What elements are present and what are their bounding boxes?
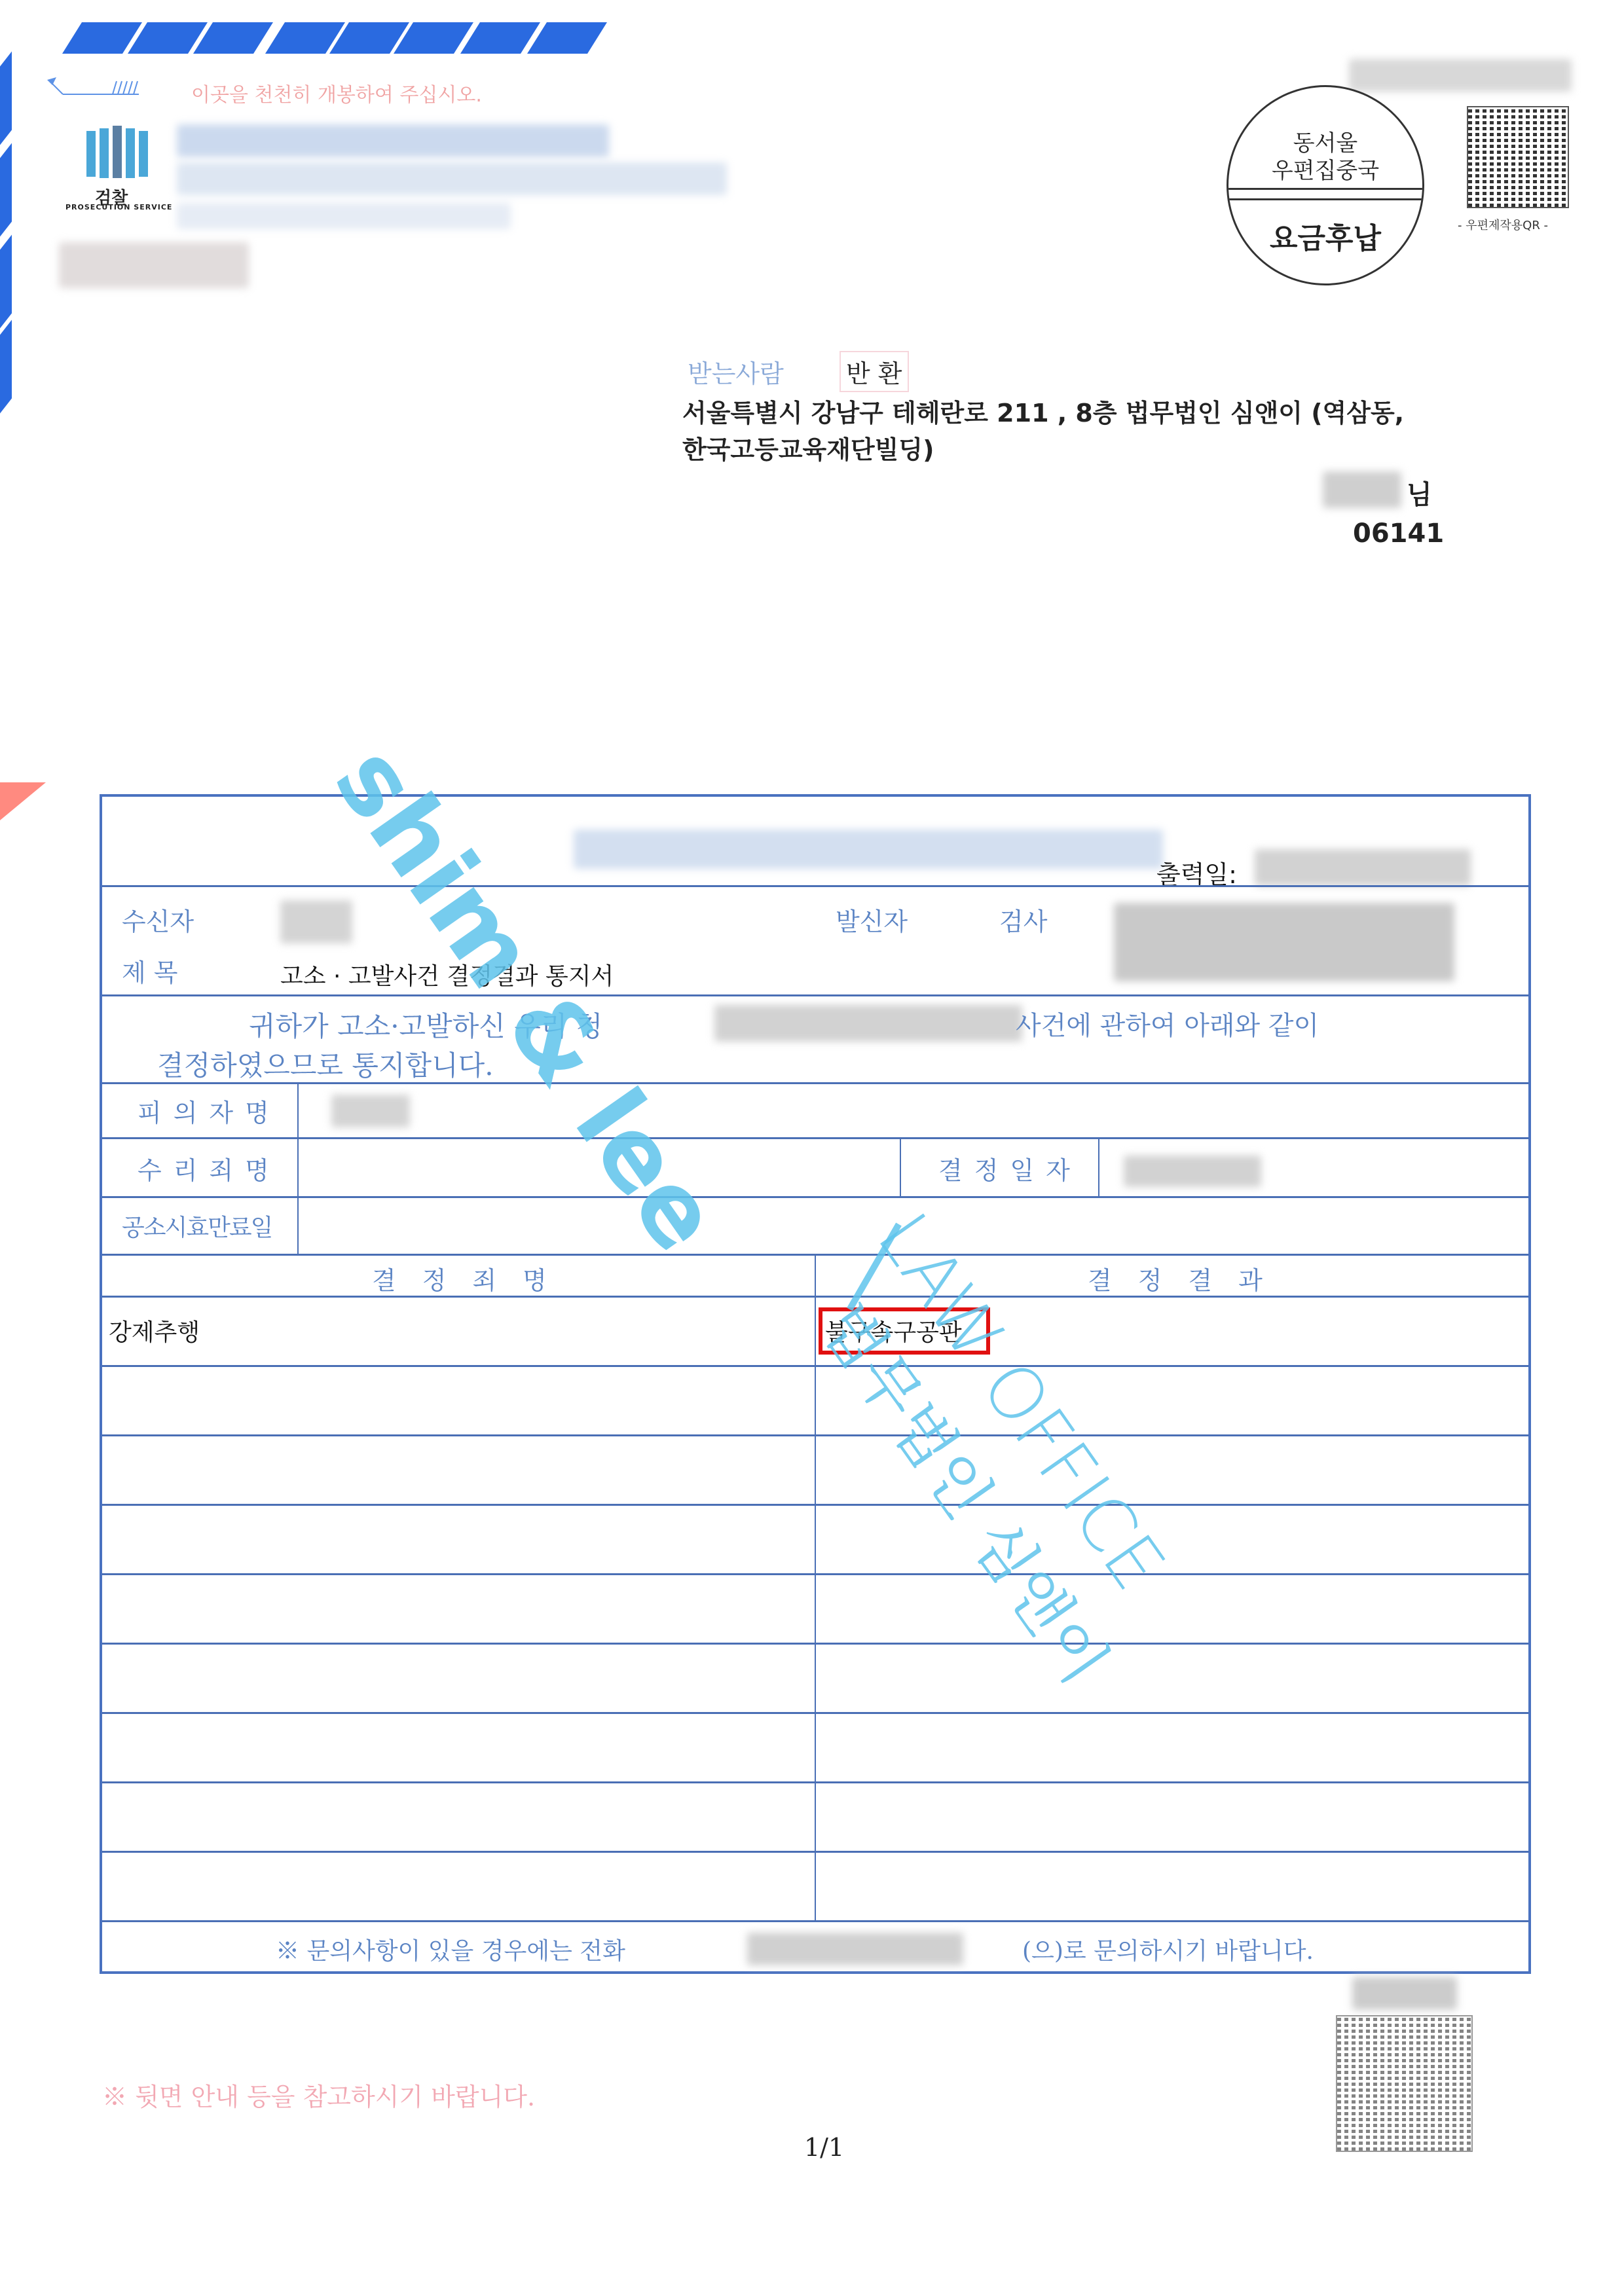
subject-value: 고소 · 고발사건 결정결과 통지서 [280, 958, 614, 991]
decision-date-divider [900, 1138, 901, 1197]
page-number: 1/1 [804, 2133, 844, 2162]
sender-title: 검사 [999, 902, 1047, 938]
qr-caption: - 우편제작용QR - [1458, 216, 1548, 233]
recipient-label: 수신자 [122, 902, 194, 938]
highlight-box [819, 1307, 990, 1355]
back-page-note: ※ 뒷면 안내 등을 참고하시기 바랍니다. [102, 2077, 535, 2113]
row-divider [102, 1643, 1528, 1645]
divider [102, 885, 1528, 887]
row-divider [102, 1434, 1528, 1436]
stripe [0, 319, 12, 413]
decision-date-label: 결정일자 [938, 1150, 1082, 1186]
divider [102, 1137, 1528, 1139]
redacted-tracking-number [1349, 59, 1572, 92]
divider [102, 1920, 1528, 1922]
subject-label: 제 목 [122, 953, 178, 989]
redacted-sender-address [177, 203, 511, 229]
stamp-divider [1228, 198, 1422, 200]
recipient-label: 받는사람 [688, 354, 784, 390]
stripe [0, 51, 12, 145]
statute-expiry-label: 공소시효만료일 [122, 1209, 272, 1243]
inquiry-suffix: (으)로 문의하시기 바랍니다. [1022, 1933, 1314, 1966]
stripe [460, 22, 540, 54]
row-divider [102, 1712, 1528, 1714]
stripe [527, 22, 607, 54]
stripe [193, 22, 273, 54]
postal-code: 06141 [1353, 519, 1444, 549]
divider [102, 994, 1528, 996]
stripe [0, 234, 12, 328]
divider [102, 1196, 1528, 1198]
postal-qr-code-icon [1467, 106, 1569, 208]
address-line-2: 한국고등교육재단빌딩) [682, 429, 934, 465]
decision-date-divider [1098, 1138, 1099, 1197]
fold-corner-mark [0, 782, 46, 822]
redacted-form-title [574, 829, 1163, 869]
intro-line-1a: 귀하가 고소·고발하신 우리 청 [249, 1005, 602, 1044]
redacted-print-date [1255, 849, 1471, 886]
redacted-recipient-name [1323, 471, 1401, 508]
result-column-divider [815, 1254, 816, 1921]
row-divider [102, 1851, 1528, 1853]
open-instruction: 이곳을 천천히 개봉하여 주십시오. [191, 79, 482, 107]
redacted-prosecutor-name [1114, 903, 1454, 981]
stripe [0, 143, 12, 236]
address-line-1: 서울특별시 강남구 테헤란로 211 , 8층 법무법인 심앤이 (역삼동, [682, 393, 1404, 429]
col-charge-header: 결정죄명 [372, 1260, 573, 1296]
col-result-header: 결정결과 [1088, 1260, 1289, 1296]
redacted-barcode-label [1352, 1977, 1457, 2010]
stamp-payment: 요금후납 [1228, 215, 1422, 257]
suspect-label: 피의자명 [138, 1093, 281, 1129]
row-divider [102, 1365, 1528, 1367]
redacted-suspect-name [331, 1095, 410, 1127]
intro-line-1b: 사건에 관하여 아래와 같이 [1016, 1005, 1319, 1042]
redacted-recipient [280, 900, 352, 943]
row-divider [102, 1573, 1528, 1575]
tear-arrow-icon [47, 77, 145, 97]
row-charge: 강제추행 [109, 1314, 200, 1347]
label-column-divider [297, 1083, 299, 1254]
divider [102, 1082, 1528, 1084]
redacted-sender-address [177, 162, 727, 195]
prosecution-logo-icon [84, 126, 149, 182]
logo-english: PROSECUTION SERVICE [65, 203, 172, 211]
postage-stamp: 동서울 우편집중국 요금후납 [1227, 85, 1424, 285]
notice-form: 출력일: 수신자 발신자 검사 제 목 고소 · 고발사건 결정결과 통지서 귀… [100, 794, 1531, 1974]
row-divider [102, 1504, 1528, 1506]
stamp-office-line2: 우편집중국 [1228, 153, 1422, 185]
return-stamp: 반 환 [840, 351, 909, 392]
redacted-decision-date [1124, 1156, 1261, 1187]
accepted-charge-label: 수리죄명 [138, 1150, 281, 1186]
honorific: 님 [1407, 474, 1432, 511]
redacted-case-number [714, 1005, 1022, 1042]
inquiry-prefix: ※ 문의사항이 있을 경우에는 전화 [276, 1933, 625, 1966]
document-2d-barcode-icon [1336, 2015, 1473, 2152]
redacted-phone-number [747, 1933, 963, 1965]
intro-line-2: 결정하였으므로 통지합니다. [157, 1044, 494, 1084]
redacted-sender-name [177, 124, 609, 157]
stamp-divider [1228, 188, 1422, 190]
redacted-sender-code [59, 242, 249, 288]
row-divider [102, 1781, 1528, 1783]
sender-label: 발신자 [836, 902, 908, 938]
